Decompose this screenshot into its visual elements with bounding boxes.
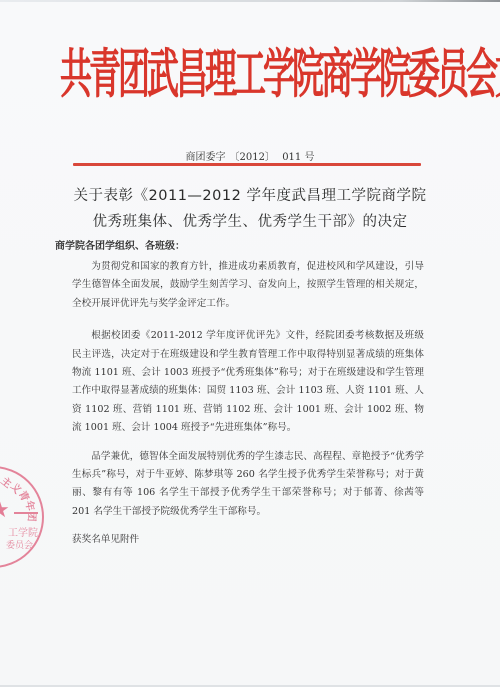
stamp-arc-char: 年	[23, 499, 40, 511]
decision-title: 关于表彰《2011—2012 学年度武昌理工学院商学院 优秀班集体、优秀学生、优…	[0, 183, 500, 235]
decision-title-line-2: 优秀班集体、优秀学生、优秀学生干部》的决定	[0, 209, 500, 235]
salutation: 商学院各团学组织、各班级：	[55, 237, 185, 252]
star-icon: ★	[0, 498, 10, 523]
stamp-text-line-1: 工学院	[8, 524, 38, 539]
stamp-text-line-2: 委员会	[6, 538, 33, 551]
document-header-title: 共青团武昌理工学院商学院委员会文件	[60, 46, 440, 102]
paragraph-student-awards: 品学兼优，德智体全面发展特别优秀的学生漆志民、高程程、章艳授予“优秀学生标兵”称…	[72, 448, 424, 522]
doc-number-year: 〔2012〕	[230, 152, 275, 163]
document-page: 共青团武昌理工学院商学院委员会文件 商团委字〔2012〕 011 号 关于表彰《…	[0, 0, 500, 687]
decision-title-line-1: 关于表彰《2011—2012 学年度武昌理工学院商学院	[0, 183, 500, 209]
document-number: 商团委字〔2012〕 011 号	[0, 148, 500, 163]
stamp-bar	[14, 512, 38, 514]
doc-number-value: 011 号	[282, 152, 314, 163]
paragraph-class-awards: 根据校团委《2011-2012 学年度评优评先》文件，经院团委考核数据及班级民主…	[72, 327, 424, 437]
scan-edge-top	[0, 0, 500, 2]
document-body: 为贯彻党和国家的教育方针，推进成功素质教育，促进校风和学风建设，引导学生德智体全…	[72, 258, 424, 560]
doc-number-prefix: 商团委字	[186, 152, 226, 163]
attachment-note: 获奖名单见附件	[72, 531, 424, 549]
official-seal-stamp: 主 义 青 年 团 ★ 工学院 委员会	[0, 466, 44, 568]
header-divider	[73, 163, 421, 166]
paragraph-purpose: 为贯彻党和国家的教育方针，推进成功素质教育，促进校风和学风建设，引导学生德智体全…	[72, 258, 424, 313]
